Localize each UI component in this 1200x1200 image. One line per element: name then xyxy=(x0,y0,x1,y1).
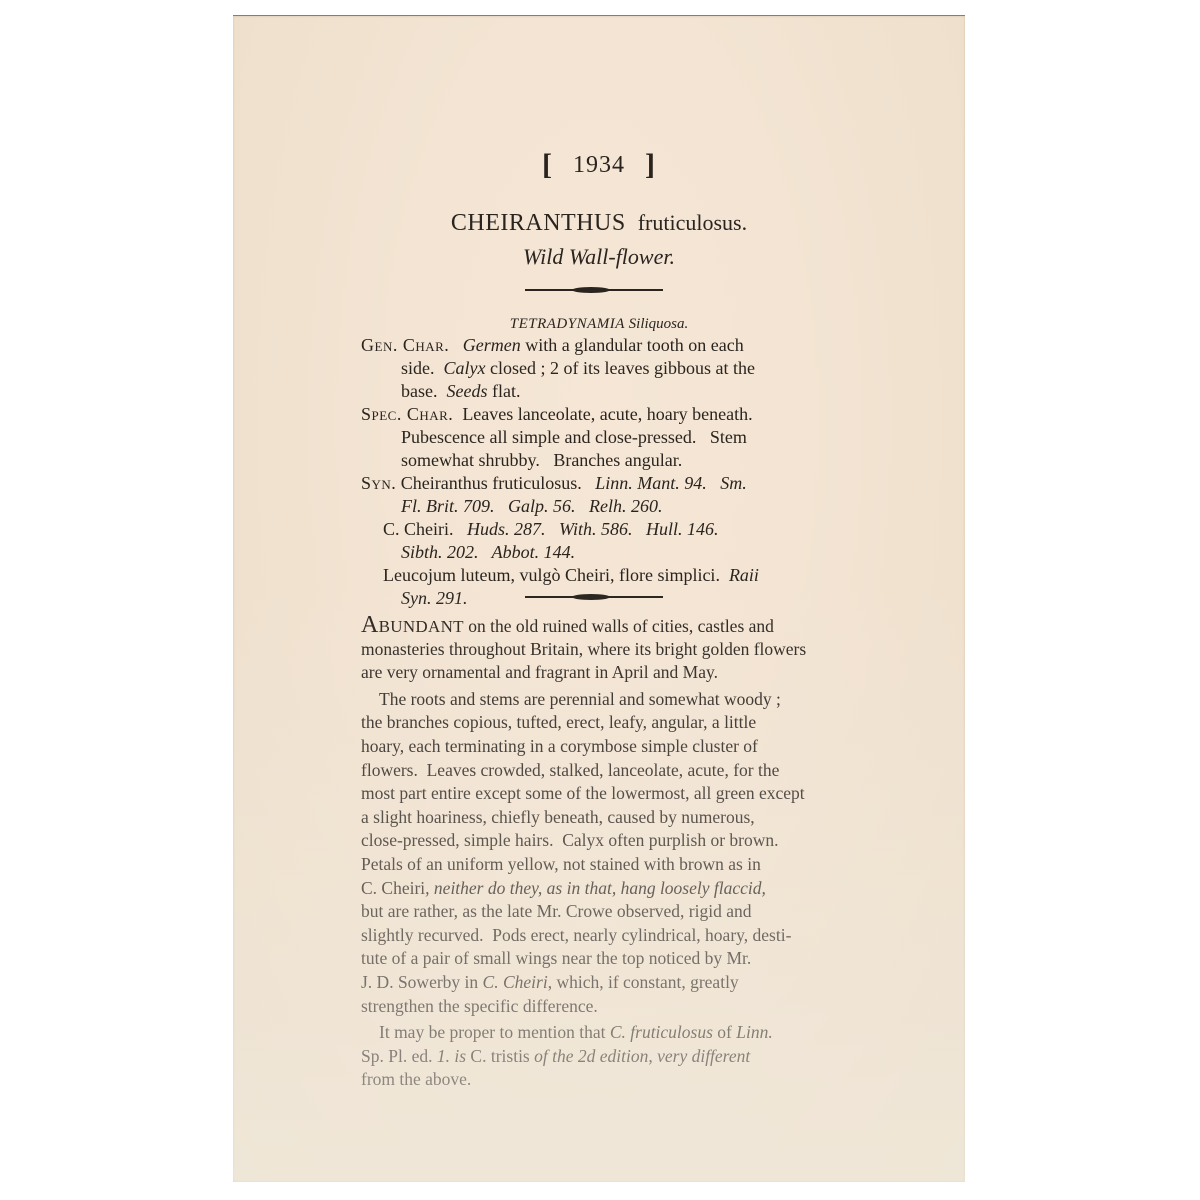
body-line: Petals of an uniform yellow, not stained… xyxy=(361,853,761,877)
body-line: but are rather, as the late Mr. Crowe ob… xyxy=(361,900,752,924)
gen-char-label: Gen. Char. xyxy=(361,335,449,355)
body-line: the branches copious, tufted, erect, lea… xyxy=(361,711,756,735)
synonym-line: Sibth. 202. Abbot. 144. xyxy=(401,541,575,563)
body-line: J. D. Sowerby in C. Cheiri, which, if co… xyxy=(361,971,739,995)
bracket-open: [ xyxy=(542,148,553,181)
synonym-line: C. Cheiri. Huds. 287. With. 586. Hull. 1… xyxy=(383,518,719,540)
synonym-line: Syn. Cheiranthus fruticulosus. Linn. Man… xyxy=(361,472,747,494)
body-line: a slight hoariness, chiefly beneath, cau… xyxy=(361,806,755,830)
body-line: monasteries throughout Britain, where it… xyxy=(361,638,806,662)
body-line: slightly recurved. Pods erect, nearly cy… xyxy=(361,924,791,948)
body-line: flowers. Leaves crowded, stalked, lanceo… xyxy=(361,759,779,783)
drop-word: Abundant xyxy=(361,612,464,638)
synonym-line: Leucojum luteum, vulgò Cheiri, flore sim… xyxy=(383,564,759,586)
plate-number: [1934] xyxy=(233,146,965,180)
body-line: are very ornamental and fragrant in Apri… xyxy=(361,661,718,685)
gen-char-line: side. Calyx closed ; 2 of its leaves gib… xyxy=(401,357,755,379)
spec-char-line: somewhat shrubby. Branches angular. xyxy=(401,449,682,471)
ornamental-rule xyxy=(525,289,663,291)
common-name: Wild Wall-flower. xyxy=(233,244,965,270)
body-line: strengthen the specific difference. xyxy=(361,995,598,1019)
species-name: fruticulosus. xyxy=(638,210,747,235)
body-line: C. Cheiri, neither do they, as in that, … xyxy=(361,877,766,901)
spec-char-line: Pubescence all simple and close-pressed.… xyxy=(401,426,747,448)
body-line: close-pressed, simple hairs. Calyx often… xyxy=(361,829,779,853)
synonym-line: Syn. 291. xyxy=(401,587,468,609)
body-line: hoary, each terminating in a corymbose s… xyxy=(361,735,758,759)
genus-name: CHEIRANTHUS xyxy=(451,210,626,236)
spec-char-label: Spec. Char. xyxy=(361,404,453,424)
synonym-line: Fl. Brit. 709. Galp. 56. Relh. 260. xyxy=(401,495,662,517)
body-line: Abundant on the old ruined walls of citi… xyxy=(361,614,774,639)
body-line: most part entire except some of the lowe… xyxy=(361,782,805,806)
spec-char-line: Spec. Char. Leaves lanceolate, acute, ho… xyxy=(361,403,753,425)
syn-label: Syn. xyxy=(361,473,396,493)
gen-char-line: Gen. Char. Germen with a glandular tooth… xyxy=(361,334,744,356)
linnaean-class: TETRADYNAMIA Siliquosa. xyxy=(233,316,965,333)
ornamental-rule xyxy=(525,596,663,598)
bracket-close: ] xyxy=(645,148,656,181)
body-line: It may be proper to mention that C. frut… xyxy=(379,1021,773,1045)
gen-char-line: base. Seeds flat. xyxy=(401,380,520,402)
body-line: The roots and stems are perennial and so… xyxy=(379,688,781,712)
body-line: from the above. xyxy=(361,1068,471,1092)
body-line: tute of a pair of small wings near the t… xyxy=(361,947,751,971)
species-title: CHEIRANTHUSfruticulosus. xyxy=(233,210,965,237)
book-page: [1934] CHEIRANTHUSfruticulosus. Wild Wal… xyxy=(233,15,965,1182)
body-line: Sp. Pl. ed. 1. is C. tristis of the 2d e… xyxy=(361,1045,750,1069)
